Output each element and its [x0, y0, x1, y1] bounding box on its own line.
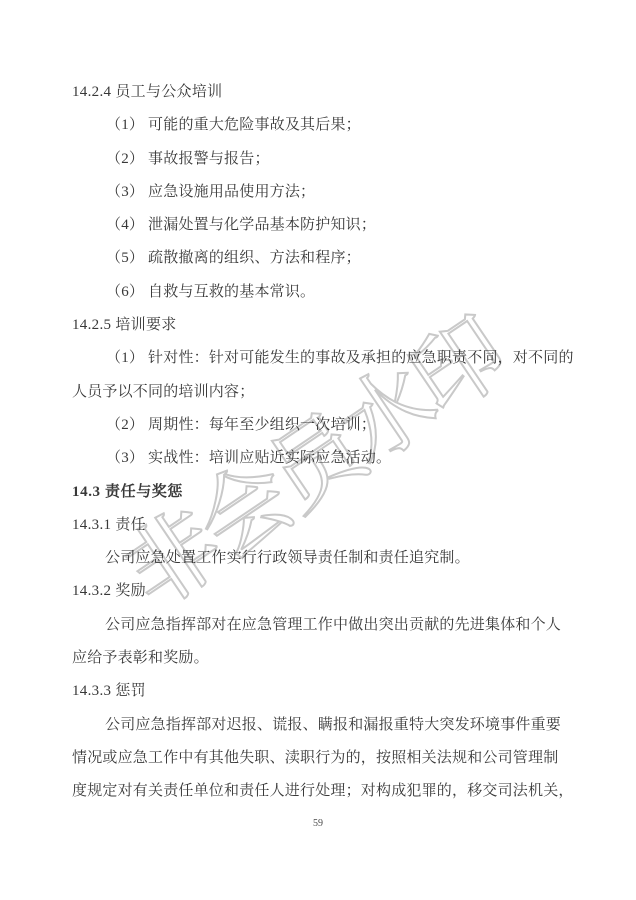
doc-line-list-item: （1） 针对性：针对可能发生的事故及承担的应急职责不同，对不同的 [72, 349, 570, 382]
doc-line-heading3: 14.2.4 员工与公众培训 [72, 83, 570, 116]
doc-line-heading3: 14.3.1 责任 [72, 516, 570, 549]
doc-line-continuation: 情况或应急工作中有其他失职、渎职行为的，按照相关法规和公司管理制 [72, 749, 570, 782]
doc-line-heading2: 14.3 责任与奖惩 [72, 483, 570, 516]
document-content: 14.2.4 员工与公众培训（1） 可能的重大危险事故及其后果；（2） 事故报警… [0, 83, 636, 816]
doc-line-para-start: 公司应急指挥部对迟报、谎报、瞒报和漏报重特大突发环境事件重要 [72, 716, 570, 749]
doc-line-list-item: （4） 泄漏处置与化学品基本防护知识； [72, 216, 570, 249]
doc-line-list-item: （1） 可能的重大危险事故及其后果； [72, 116, 570, 149]
doc-line-heading3: 14.3.2 奖励 [72, 582, 570, 615]
doc-line-continuation: 度规定对有关责任单位和责任人进行处理；对构成犯罪的，移交司法机关， [72, 782, 570, 815]
doc-line-list-item: （5） 疏散撤离的组织、方法和程序； [72, 249, 570, 282]
doc-line-list-item: （3） 应急设施用品使用方法； [72, 183, 570, 216]
doc-line-list-item: （6） 自救与互救的基本常识。 [72, 283, 570, 316]
doc-line-heading3: 14.2.5 培训要求 [72, 316, 570, 349]
doc-line-continuation: 人员予以不同的培训内容； [72, 383, 570, 416]
doc-line-para-start: 公司应急指挥部对在应急管理工作中做出突出贡献的先进集体和个人 [72, 616, 570, 649]
doc-line-para-start: 公司应急处置工作实行行政领导责任制和责任追究制。 [72, 549, 570, 582]
page-number: 59 [0, 818, 636, 829]
doc-line-list-item: （2） 周期性：每年至少组织一次培训； [72, 416, 570, 449]
doc-line-continuation: 应给予表彰和奖励。 [72, 649, 570, 682]
doc-line-list-item: （3） 实战性：培训应贴近实际应急活动。 [72, 449, 570, 482]
document-page: 非会员水印 14.2.4 员工与公众培训（1） 可能的重大危险事故及其后果；（2… [0, 0, 636, 900]
doc-line-heading3: 14.3.3 惩罚 [72, 682, 570, 715]
doc-line-list-item: （2） 事故报警与报告； [72, 150, 570, 183]
